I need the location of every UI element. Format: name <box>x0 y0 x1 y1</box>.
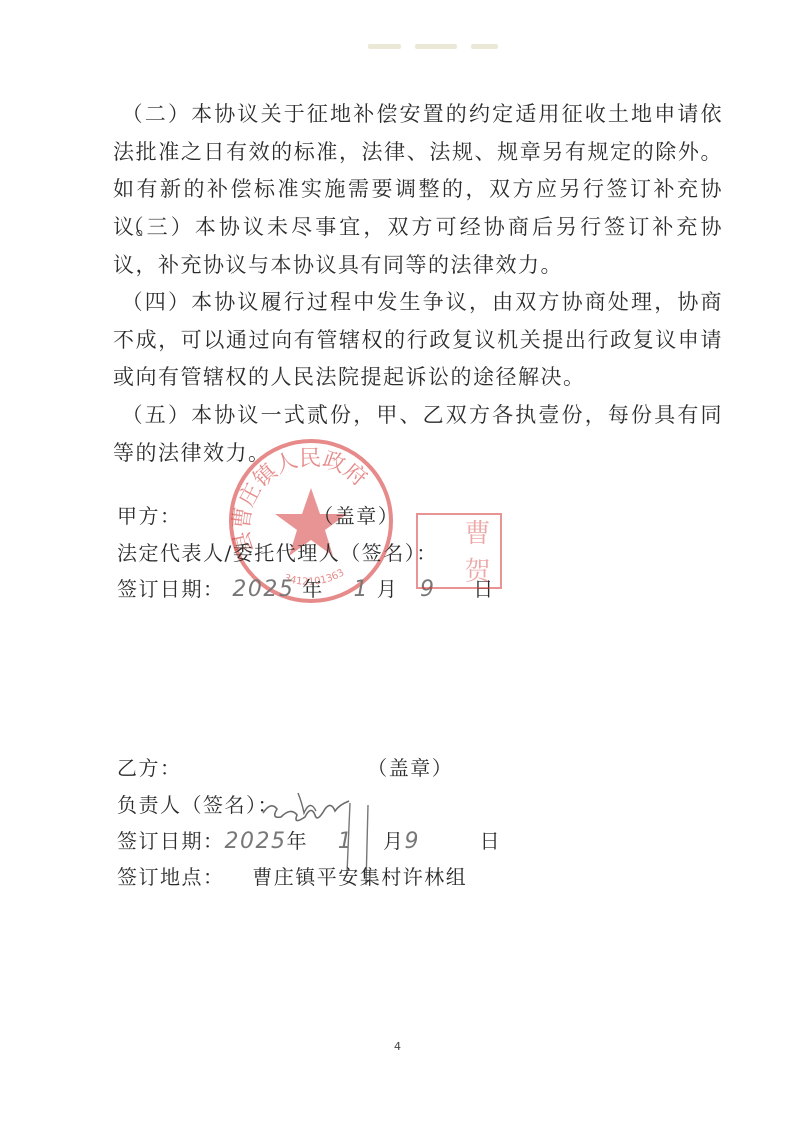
year-unit: 年 <box>287 829 309 853</box>
year-unit: 年 <box>302 577 324 601</box>
square-seal-text: 曹 贺 <box>457 519 494 585</box>
square-personal-seal-icon: 曹 贺 <box>416 513 502 589</box>
party-a-date-month: 1 <box>353 577 369 602</box>
party-b-seal-label: （盖章） <box>367 756 453 780</box>
clause-3: （三）本协议未尽事宜，双方可经协商后另行签订补充协议，补充协议与本协议具有同等的… <box>113 209 723 284</box>
party-a-date-label: 签订日期： <box>117 577 225 601</box>
party-b-location-row: 签订地点： 曹庄镇平安集村许林组 <box>117 861 467 890</box>
party-a-row: 甲方： （盖章） <box>117 500 399 529</box>
clause-5: （五）本协议一式贰份，甲、乙双方各执壹份，每份具有同等的法律效力。 <box>113 397 723 472</box>
party-a-label: 甲方： <box>117 504 182 528</box>
party-b-date-day: 9 <box>404 829 420 854</box>
party-a-date-year: 2025 <box>232 577 294 602</box>
clause-5-text: （五）本协议一式贰份，甲、乙双方各执壹份，每份具有同等的法律效力。 <box>113 403 723 465</box>
party-b-date-year: 2025 <box>225 829 287 854</box>
party-b-date-row: 签订日期：2025年 1 月9 日 <box>117 825 501 854</box>
party-b-location-value: 曹庄镇平安集村许林组 <box>252 865 467 889</box>
party-b-date-month: 1 <box>338 829 354 854</box>
party-a-representative-label: 法定代表人/委托代理人（签名）： <box>117 541 438 565</box>
party-b-responsible-row: 负责人（签名）： <box>117 789 279 818</box>
clause-4-text: （四）本协议履行过程中发生争议，由双方协商处理，协商不成，可以通过向有管辖权的行… <box>113 290 723 389</box>
month-unit: 月 <box>377 577 399 601</box>
party-b-label: 乙方： <box>117 756 182 780</box>
page-number: 4 <box>394 1040 401 1053</box>
party-a-seal-label: （盖章） <box>313 504 399 528</box>
party-b-row: 乙方： （盖章） <box>117 752 453 781</box>
clause-3-text: （三）本协议未尽事宜，双方可经协商后另行签订补充协议，补充协议与本协议具有同等的… <box>113 215 723 277</box>
clause-4: （四）本协议履行过程中发生争议，由双方协商处理，协商不成，可以通过向有管辖权的行… <box>113 284 723 397</box>
month-unit: 月 <box>383 829 405 853</box>
scan-header-mark <box>368 44 498 52</box>
day-unit: 日 <box>480 829 502 853</box>
party-b-responsible-label: 负责人（签名）： <box>117 793 279 817</box>
party-b-location-label: 签订地点： <box>117 865 225 889</box>
party-b-date-label: 签订日期： <box>117 829 225 853</box>
party-a-representative-row: 法定代表人/委托代理人（签名）： <box>117 537 438 566</box>
